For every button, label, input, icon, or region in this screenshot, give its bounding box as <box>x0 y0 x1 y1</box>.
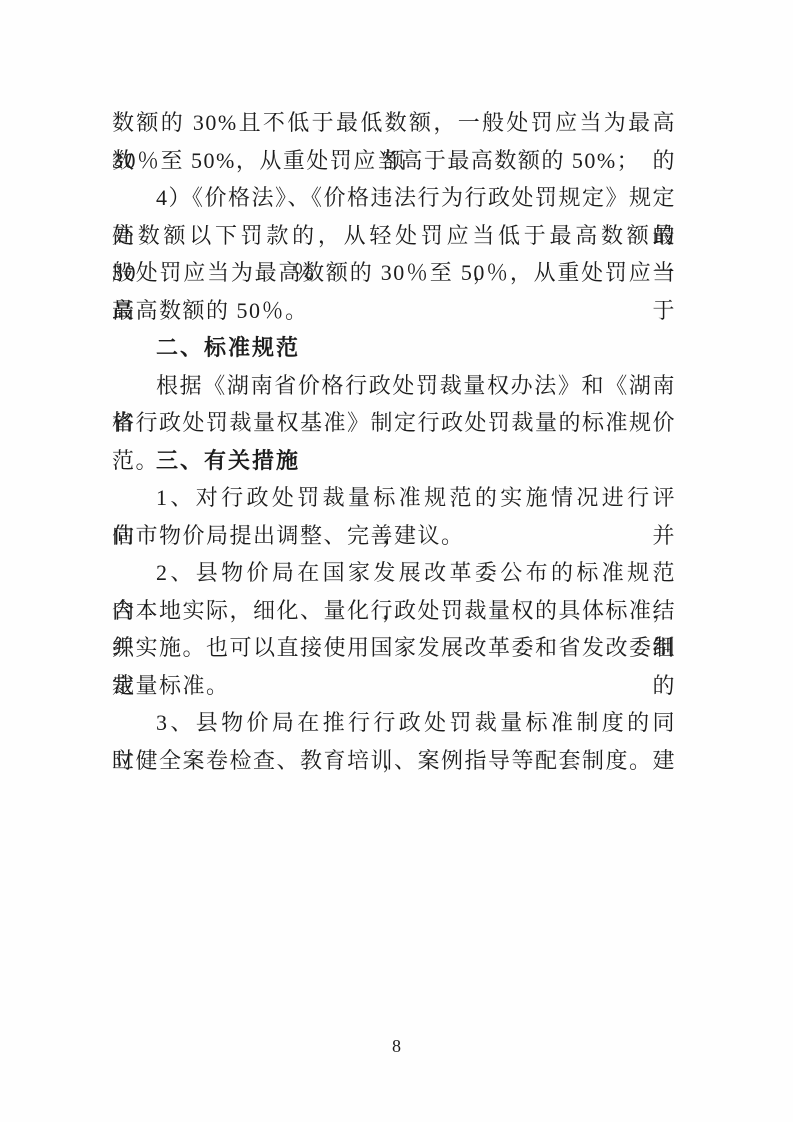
section-heading: 三、有关措施 <box>112 442 676 480</box>
page-footer: 8 <box>0 1036 793 1057</box>
text-line: 1、对行政处罚裁量标准规范的实施情况进行评估，并 <box>112 479 676 517</box>
text-line: 般处罚应当为最高数额的 30％至 50％，从重处罚应当高于 <box>112 254 676 292</box>
text-line: 根据《湖南省价格行政处罚裁量权办法》和《湖南省价 <box>112 367 676 405</box>
text-line: 合本地实际，细化、量化行政处罚裁量权的具体标准，并组 <box>112 592 676 630</box>
text-line: 3、县物价局在推行行政处罚裁量标准制度的同时，建 <box>112 704 676 742</box>
page-number: 8 <box>392 1036 401 1056</box>
document-body: 数额的 30%且不低于最低数额，一般处罚应当为最高数额的30％至 50%，从重处… <box>112 104 676 779</box>
text-line: 2、县物价局在国家发展改革委公布的标准规范内，结 <box>112 554 676 592</box>
text-line: 格行政处罚裁量权基准》制定行政处罚裁量的标准规范。 <box>112 404 676 442</box>
text-line: 高数额以下罚款的，从轻处罚应当低于最高数额的 30％，一 <box>112 217 676 255</box>
text-line: 4）《价格法》、《价格违法行为行政处罚规定》规定处最 <box>112 179 676 217</box>
text-line: 30％至 50%，从重处罚应当高于最高数额的 50%； <box>112 142 676 180</box>
text-line: 织实施。也可以直接使用国家发展改革委和省发改委制定的 <box>112 629 676 667</box>
text-line: 数额的 30%且不低于最低数额，一般处罚应当为最高数额的 <box>112 104 676 142</box>
section-heading: 二、标准规范 <box>112 329 676 367</box>
text-line: 立健全案卷检查、教育培训、案例指导等配套制度。 <box>112 742 676 780</box>
document-page: 数额的 30%且不低于最低数额，一般处罚应当为最高数额的30％至 50%，从重处… <box>0 0 793 1122</box>
